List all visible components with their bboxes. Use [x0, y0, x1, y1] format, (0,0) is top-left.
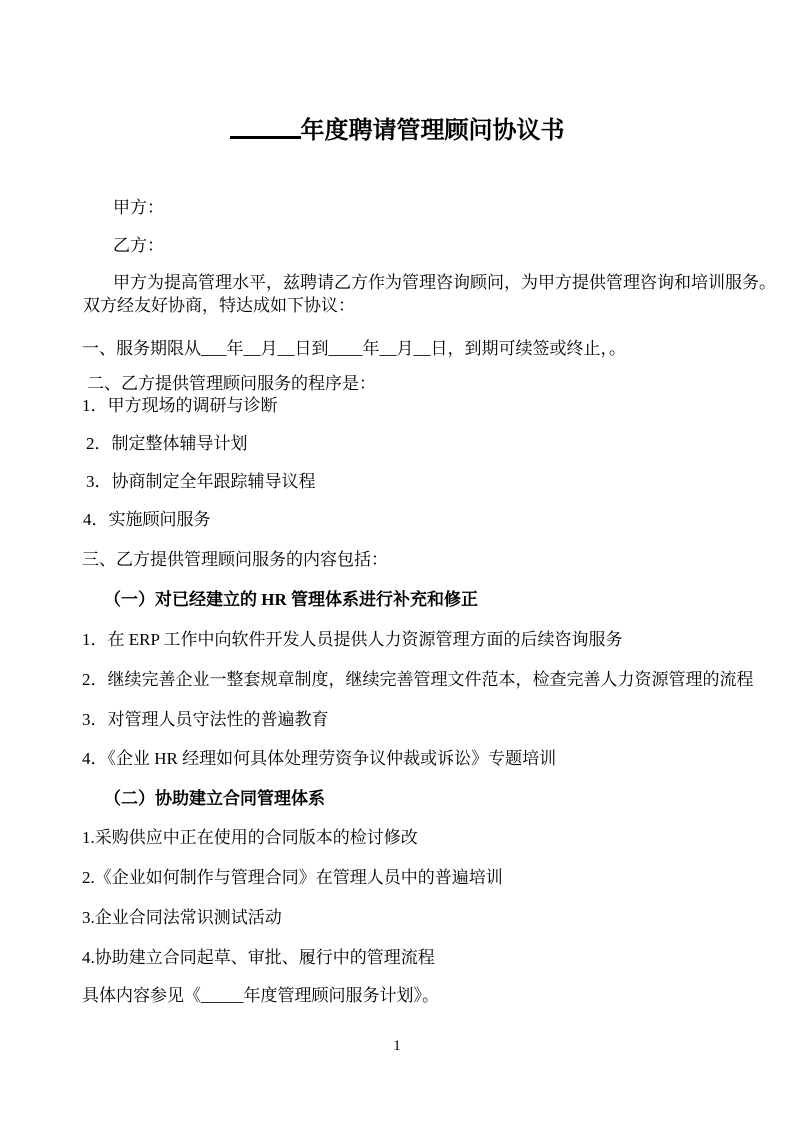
party-b-label: 乙方：	[113, 235, 164, 256]
procedure-item-4: 4．实施顾问服务	[83, 509, 211, 530]
section-two-heading: （二）协助建立合同管理体系	[104, 788, 325, 809]
section-two-item-4: 4.协助建立合同起草、审批、履行中的管理流程	[82, 947, 435, 968]
section-one-item-2: 2．继续完善企业一整套规章制度，继续完善管理文件范本，检查完善人力资源管理的流程	[82, 669, 754, 690]
section-one-heading: （一）对已经建立的 HR 管理体系进行补充和修正	[104, 589, 478, 610]
party-a-label: 甲方：	[113, 197, 164, 218]
title-blank-line	[230, 136, 301, 139]
clause-three-heading: 三、乙方提供管理顾问服务的内容包括：	[82, 549, 388, 570]
section-one-item-4: 4．《企业 HR 经理如何具体处理劳资争议仲裁或诉讼》专题培训	[82, 748, 556, 769]
document-page: 年度聘请管理顾问协议书 甲方： 乙方： 甲方为提高管理水平，兹聘请乙方作为管理咨…	[0, 0, 794, 1123]
procedure-item-1: 1．甲方现场的调研与诊断	[82, 395, 278, 416]
section-two-item-1: 1.采购供应中正在使用的合同版本的检讨修改	[82, 827, 418, 848]
procedure-item-2: 2．制定整体辅导计划	[86, 433, 248, 454]
procedure-item-3: 3．协商制定全年跟踪辅导议程	[86, 471, 316, 492]
section-two-item-3: 3.企业合同法常识测试活动	[82, 907, 282, 928]
section-one-item-1: 1．在 ERP 工作中向软件开发人员提供人力资源管理方面的后续咨询服务	[82, 629, 623, 650]
intro-paragraph-line-1: 甲方为提高管理水平，兹聘请乙方作为管理咨询顾问，为甲方提供管理咨询和培训服务。	[113, 272, 776, 293]
reference-note: 具体内容参见《_____年度管理顾问服务计划》。	[82, 985, 439, 1006]
intro-paragraph-line-2: 双方经友好协商，特达成如下协议：	[83, 295, 355, 316]
document-title: 年度聘请管理顾问协议书	[0, 116, 794, 146]
page-number: 1	[0, 1037, 794, 1056]
section-one-item-3: 3．对管理人员守法性的普遍教育	[82, 709, 329, 730]
clause-one-service-term: 一、服务期限从___年__月__日到____年__月__日，到期可续签或终止，。	[82, 338, 626, 359]
clause-two-heading: 二、乙方提供管理顾问服务的程序是：	[87, 373, 376, 394]
section-two-item-2: 2.《企业如何制作与管理合同》在管理人员中的普遍培训	[82, 867, 503, 888]
document-title-text: 年度聘请管理顾问协议书	[301, 118, 565, 144]
